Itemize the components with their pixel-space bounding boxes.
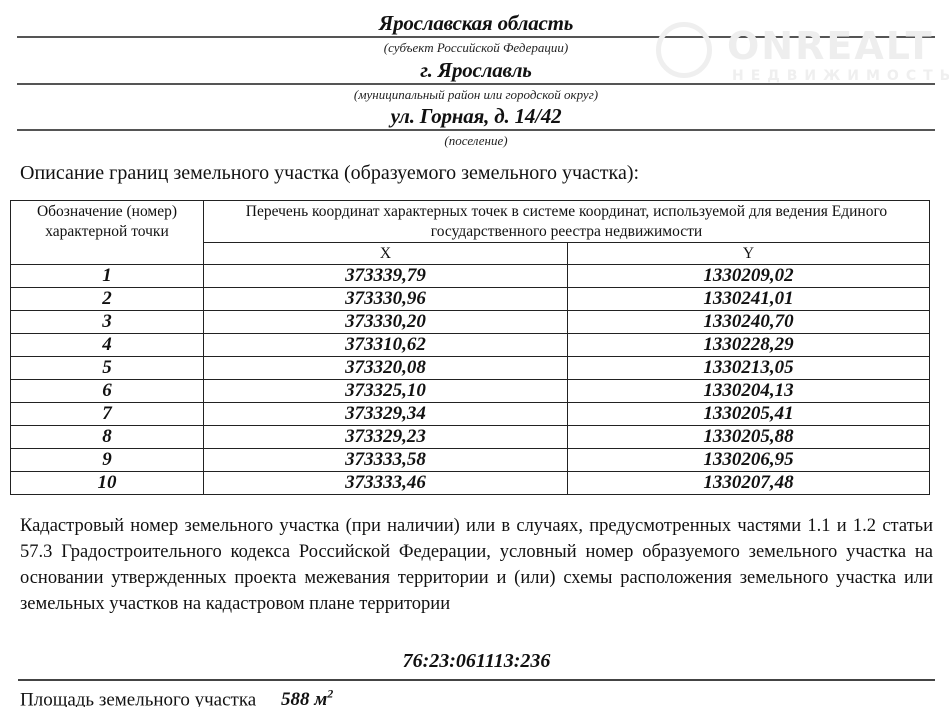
- cell-x: 373333,46: [204, 472, 568, 495]
- cell-y: 1330228,29: [568, 334, 930, 357]
- cadastral-underline: [18, 679, 935, 681]
- cell-y: 1330205,41: [568, 403, 930, 426]
- cell-x: 373310,62: [204, 334, 568, 357]
- table-row: 10373333,461330207,48: [11, 472, 930, 495]
- x-column-header: X: [204, 243, 568, 265]
- table-row: 3373330,201330240,70: [11, 311, 930, 334]
- cell-point: 9: [11, 449, 204, 472]
- section-title: Описание границ земельного участка (обра…: [20, 162, 639, 185]
- cell-y: 1330207,48: [568, 472, 930, 495]
- table-row: 8373329,231330205,88: [11, 426, 930, 449]
- region-caption: (субъект Российской Федерации): [17, 40, 935, 56]
- area-label: Площадь земельного участка: [20, 689, 256, 707]
- cell-x: 373333,58: [204, 449, 568, 472]
- region-name: Ярославская область: [17, 11, 935, 36]
- city-underline: [17, 83, 935, 85]
- table-row: 4373310,621330228,29: [11, 334, 930, 357]
- address-underline: [17, 129, 935, 131]
- cadastral-number: 76:23:061113:236: [18, 650, 935, 673]
- cell-point: 4: [11, 334, 204, 357]
- cell-point: 1: [11, 265, 204, 288]
- cell-x: 373339,79: [204, 265, 568, 288]
- cell-point: 10: [11, 472, 204, 495]
- cell-y: 1330206,95: [568, 449, 930, 472]
- city-name: г. Ярославль: [17, 58, 935, 83]
- address: ул. Горная, д. 14/42: [17, 104, 935, 129]
- address-caption: (поселение): [17, 133, 935, 149]
- cell-point: 3: [11, 311, 204, 334]
- table-row: 2373330,961330241,01: [11, 288, 930, 311]
- cell-x: 373330,20: [204, 311, 568, 334]
- cell-y: 1330213,05: [568, 357, 930, 380]
- cell-y: 1330204,13: [568, 380, 930, 403]
- point-column-header: Обозначение (номер) характерной точки: [11, 201, 204, 265]
- cell-x: 373330,96: [204, 288, 568, 311]
- cell-x: 373329,34: [204, 403, 568, 426]
- cell-x: 373325,10: [204, 380, 568, 403]
- table-row: 5373320,081330213,05: [11, 357, 930, 380]
- area-row: Площадь земельного участка 588 м2: [20, 687, 333, 707]
- cell-point: 8: [11, 426, 204, 449]
- region-underline: [17, 36, 935, 38]
- cell-y: 1330241,01: [568, 288, 930, 311]
- area-value: 588 м2: [281, 689, 333, 707]
- cell-point: 6: [11, 380, 204, 403]
- coordinates-table: Обозначение (номер) характерной точки Пе…: [10, 200, 930, 495]
- table-row: 9373333,581330206,95: [11, 449, 930, 472]
- cell-point: 5: [11, 357, 204, 380]
- area-number: 588 м: [281, 689, 327, 707]
- city-caption: (муниципальный район или городской округ…: [17, 87, 935, 103]
- cell-y: 1330205,88: [568, 426, 930, 449]
- cell-x: 373320,08: [204, 357, 568, 380]
- y-column-header: Y: [568, 243, 930, 265]
- cell-x: 373329,23: [204, 426, 568, 449]
- table-row: 1373339,791330209,02: [11, 265, 930, 288]
- coordinates-column-header: Перечень координат характерных точек в с…: [204, 201, 930, 243]
- area-unit-exponent: 2: [327, 687, 333, 701]
- cell-point: 2: [11, 288, 204, 311]
- table-row: 7373329,341330205,41: [11, 403, 930, 426]
- cell-y: 1330209,02: [568, 265, 930, 288]
- cell-point: 7: [11, 403, 204, 426]
- cadastral-description: Кадастровый номер земельного участка (пр…: [20, 513, 933, 617]
- cell-y: 1330240,70: [568, 311, 930, 334]
- table-row: 6373325,101330204,13: [11, 380, 930, 403]
